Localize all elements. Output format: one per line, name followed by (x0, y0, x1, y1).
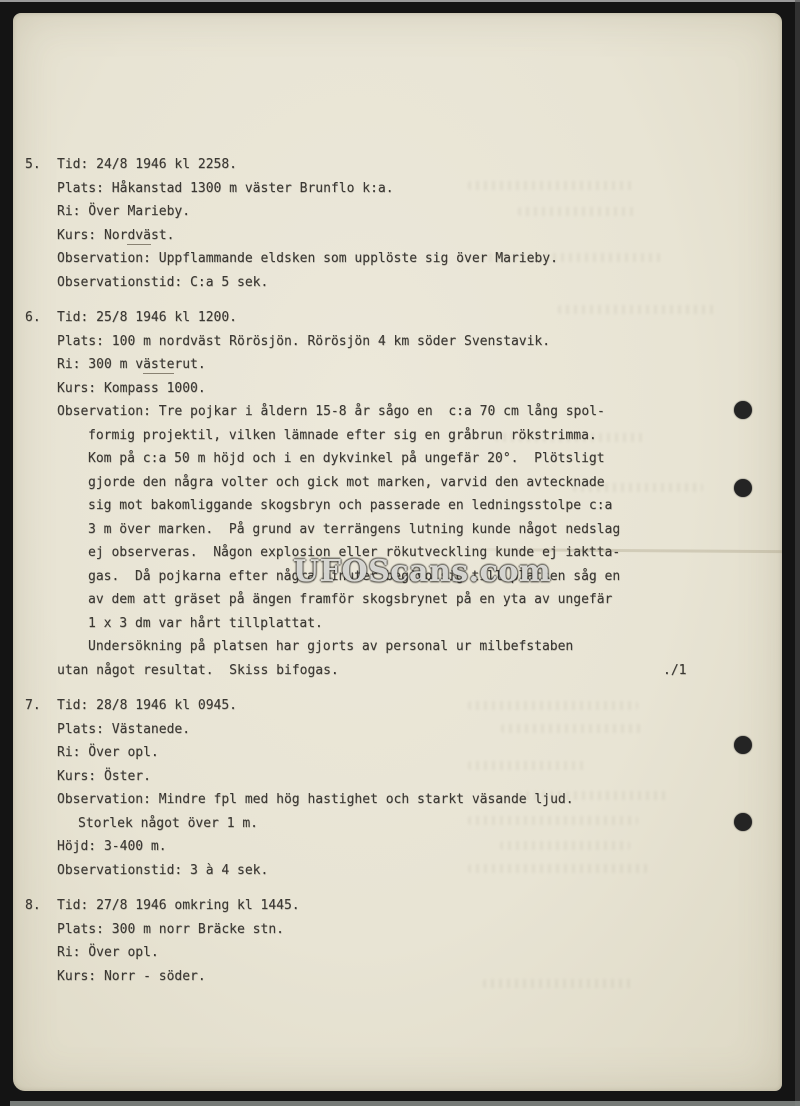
text-line: Ri: Över Marieby. (57, 200, 764, 224)
punch-hole-icon (734, 401, 752, 419)
text-line: Höjd: 3-400 m. (57, 835, 764, 859)
text-line: Undersökning på platsen har gjorts av pe… (57, 635, 764, 659)
report-entry: 5.Tid: 24/8 1946 kl 2258.Plats: Håkansta… (25, 153, 764, 294)
report-entry: 7.Tid: 28/8 1946 kl 0945.Plats: Västaned… (25, 694, 764, 882)
text-line: Plats: 300 m norr Bräcke stn. (57, 918, 764, 942)
watermark: UFOScans.com (293, 554, 551, 589)
text-line: Kom på c:a 50 m höjd och i en dykvinkel … (57, 447, 764, 471)
entry-lines: Tid: 28/8 1946 kl 0945.Plats: Västanede.… (57, 694, 764, 882)
text-line: Plats: Håkanstad 1300 m väster Brunflo k… (57, 177, 764, 201)
text-line: utan något resultat. Skiss bifogas../1 (57, 659, 764, 683)
text-line: 3 m över marken. På grund av terrängens … (57, 518, 764, 542)
pencil-underline: dvä (127, 228, 150, 245)
text-line: Observation: Uppflammande eldsken som up… (57, 247, 764, 271)
entry-lines: Tid: 25/8 1946 kl 1200.Plats: 100 m nord… (57, 306, 764, 682)
text-line: Observation: Mindre fpl med hög hastighe… (57, 788, 764, 812)
report-entry: 6.Tid: 25/8 1946 kl 1200.Plats: 100 m no… (25, 306, 764, 682)
text-line: Observation: Tre pojkar i åldern 15-8 år… (57, 400, 764, 424)
text-line: formig projektil, vilken lämnade efter s… (57, 424, 764, 448)
entry-lines: Tid: 27/8 1946 omkring kl 1445.Plats: 30… (57, 894, 764, 988)
text-line: gjorde den några volter och gick mot mar… (57, 471, 764, 495)
pencil-underline: äste (143, 357, 174, 374)
text-line: Tid: 28/8 1946 kl 0945. (57, 694, 764, 718)
text-line: Kurs: Öster. (57, 765, 764, 789)
text-line: Plats: 100 m nordväst Rörösjön. Rörösjön… (57, 330, 764, 354)
punch-hole-icon (734, 479, 752, 497)
text-line: Ri: Över opl. (57, 741, 764, 765)
punch-hole-icon (734, 736, 752, 754)
text-line: Observationstid: 3 à 4 sek. (57, 859, 764, 883)
text-line: Tid: 25/8 1946 kl 1200. (57, 306, 764, 330)
text-line: Ri: 300 m västerut. (57, 353, 764, 377)
text-line: Storlek något över 1 m. (57, 812, 764, 836)
margin-note: ./1 (663, 659, 686, 683)
text-line: Observationstid: C:a 5 sek. (57, 271, 764, 295)
text-line: Kurs: Norr - söder. (57, 965, 764, 989)
punch-hole-icon (734, 813, 752, 831)
text-line: Plats: Västanede. (57, 718, 764, 742)
text-line: Kurs: Kompass 1000. (57, 377, 764, 401)
text-line: sig mot bakomliggande skogsbryn och pass… (57, 494, 764, 518)
entry-number: 7. (25, 694, 57, 882)
text-line: Kurs: Nordväst. (57, 224, 764, 248)
entry-number: 6. (25, 306, 57, 682)
entry-number: 8. (25, 894, 57, 988)
text-line: Ri: Över opl. (57, 941, 764, 965)
document-paper: 5.Tid: 24/8 1946 kl 2258.Plats: Håkansta… (13, 13, 782, 1091)
report-entry: 8.Tid: 27/8 1946 omkring kl 1445.Plats: … (25, 894, 764, 988)
text-line: av dem att gräset på ängen framför skogs… (57, 588, 764, 612)
entry-lines: Tid: 24/8 1946 kl 2258.Plats: Håkanstad … (57, 153, 764, 294)
entry-number: 5. (25, 153, 57, 294)
scanned-page: 5.Tid: 24/8 1946 kl 2258.Plats: Håkansta… (0, 0, 800, 1106)
text-line: 1 x 3 dm var hårt tillplattat. (57, 612, 764, 636)
text-line: Tid: 27/8 1946 omkring kl 1445. (57, 894, 764, 918)
text-line: Tid: 24/8 1946 kl 2258. (57, 153, 764, 177)
